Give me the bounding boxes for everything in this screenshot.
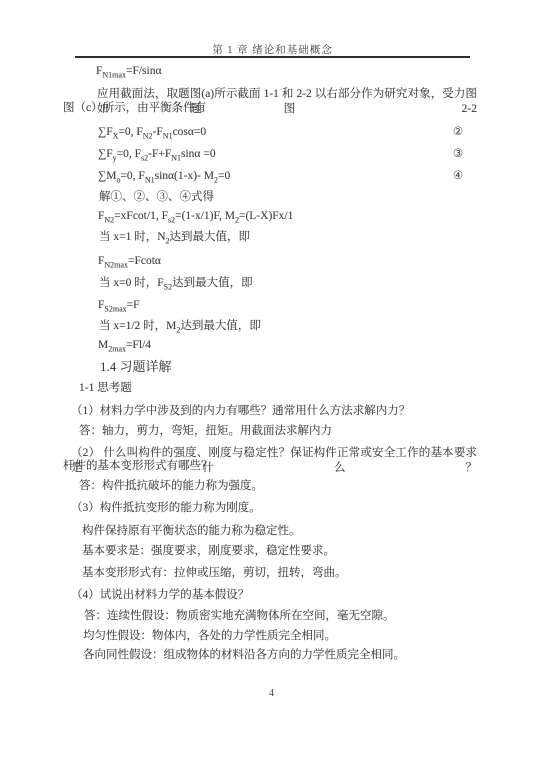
document-line-answer: 基本要求是：强度要求，刚度要求，稳定性要求。 xyxy=(82,544,335,559)
page-number: 4 xyxy=(0,688,543,699)
equation-number: ② xyxy=(448,125,468,140)
header-rule xyxy=(75,56,470,58)
document-line-question: （3）构件抵抗变形的能力称为刚度。 xyxy=(71,501,261,516)
document-line-answer: 构件保持原有平衡状态的能力称为稳定性。 xyxy=(82,524,301,539)
document-line-answer: 答：构件抵抗破坏的能力称为强度。 xyxy=(79,479,263,494)
document-line-answer: 答：连续性假设：物质密实地充满物体所在空间，毫无空隙。 xyxy=(84,609,395,624)
document-line-text: 当 x=1/2 时，M2达到最大值，即 xyxy=(99,319,261,334)
document-line-para: 图（c）所示，由平衡条件有 xyxy=(63,101,206,116)
document-line-para: 杆件的基本变形形式有哪些？ xyxy=(63,459,213,474)
page-header: 第 1 章 绪论和基础概念 xyxy=(75,42,470,57)
document-line-heading: 1.4 习题详解 xyxy=(100,359,172,374)
document-line-formula: FN2=xFcot/1, Fs2=(1-x/1)F, M2=(L-X)Fx/1 xyxy=(98,209,293,224)
document-line-subheading: 1-1 思考题 xyxy=(79,381,132,396)
document-line-equation: ∑Mo=0, FN1sinα(1-x)- M2=0 xyxy=(98,169,230,184)
equation-number: ④ xyxy=(448,169,468,184)
document-line-equation: ∑FX=0, FN2-FN1cosα=0 xyxy=(98,125,206,140)
document-line-formula: M2max=Fl/4 xyxy=(98,338,151,353)
document-line-question: （1）材料力学中涉及到的内力有哪些？通常用什么方法求解内力？ xyxy=(71,404,410,419)
document-line-answer: 各向同性假设：组成物体的材料沿各方向的力学性质完全相同。 xyxy=(83,648,405,663)
equation-number: ③ xyxy=(448,147,468,162)
document-line-question: （4）试说出材料力学的基本假设？ xyxy=(71,588,249,603)
document-page: 第 1 章 绪论和基础概念 FN1max=F/sinα应用截面法，取题图(a)所… xyxy=(0,0,543,768)
document-line-formula: FN1max=F/sinα xyxy=(96,64,162,79)
document-line-answer: 答：轴力，剪力，弯矩，扭矩。用截面法求解内力 xyxy=(79,424,332,439)
document-line-text: 当 x=1 时，N2达到最大值，即 xyxy=(99,230,250,245)
document-line-text: 当 x=0 时，FS2达到最大值，即 xyxy=(99,276,253,291)
document-line-answer: 均匀性假设：物体内，各处的力学性质完全相同。 xyxy=(83,629,336,644)
document-line-equation: ∑Fy=0, Fs2-F+FN1sinα =0 xyxy=(98,147,216,162)
document-line-formula: FS2max=F xyxy=(98,298,140,313)
document-line-text: 解①、②、③、④式得 xyxy=(99,190,214,205)
document-line-answer: 基本变形形式有：拉伸或压缩，剪切，扭转，弯曲。 xyxy=(82,566,347,581)
document-line-formula: FN2max=Fcotα xyxy=(98,254,161,269)
